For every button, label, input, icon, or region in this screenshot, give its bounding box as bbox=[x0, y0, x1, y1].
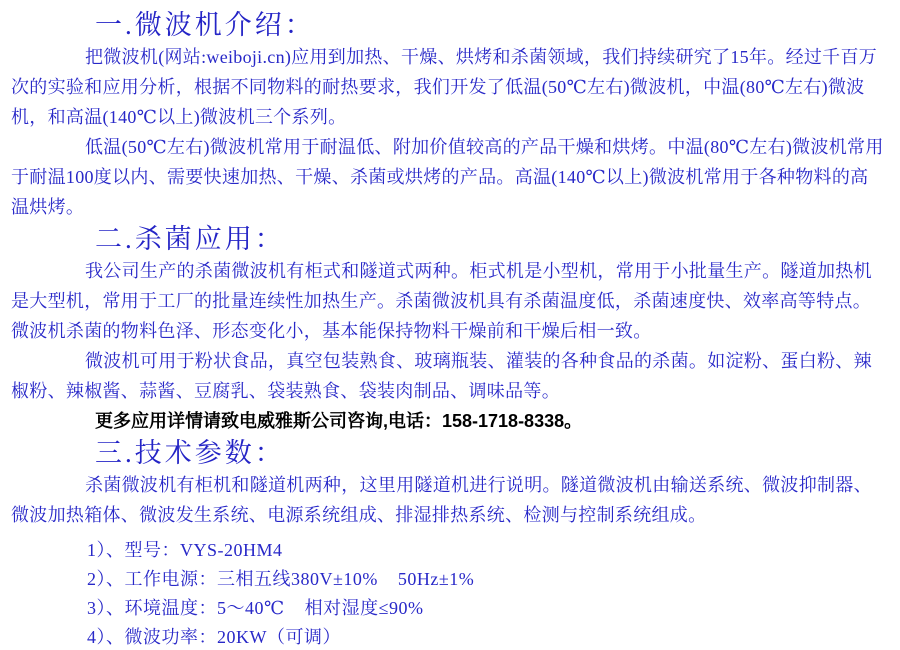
document-page: 一.微波机介绍： 把微波机(网站:weiboji.cn)应用到加热、干燥、烘烤和… bbox=[0, 0, 900, 650]
contact-note: 更多应用详情请致电威雅斯公司咨询,电话：158-1718-8338。 bbox=[11, 406, 884, 436]
section-1-heading: 一.微波机介绍： bbox=[11, 8, 884, 42]
section-3-heading: 三.技术参数： bbox=[11, 436, 884, 470]
section-2-heading: 二.杀菌应用： bbox=[11, 222, 884, 256]
section-2-paragraph-1: 我公司生产的杀菌微波机有柜式和隧道式两种。柜式机是小型机，常用于小批量生产。隧道… bbox=[11, 256, 884, 346]
spec-item-model: 1）、型号：VYS-20HM4 bbox=[11, 536, 884, 565]
spec-list: 1）、型号：VYS-20HM4 2）、工作电源：三相五线380V±10% 50H… bbox=[11, 536, 884, 650]
spec-item-power-supply: 2）、工作电源：三相五线380V±10% 50Hz±1% bbox=[11, 565, 884, 594]
spec-item-ambient-temperature: 3）、环境温度：5～40℃ 相对湿度≤90% bbox=[11, 594, 884, 623]
section-1-paragraph-1: 把微波机(网站:weiboji.cn)应用到加热、干燥、烘烤和杀菌领域，我们持续… bbox=[11, 42, 884, 132]
spec-item-microwave-power: 4）、微波功率：20KW（可调） bbox=[11, 623, 884, 650]
section-2-paragraph-2: 微波机可用于粉状食品，真空包装熟食、玻璃瓶装、灌装的各种食品的杀菌。如淀粉、蛋白… bbox=[11, 346, 884, 406]
section-1-paragraph-2: 低温(50℃左右)微波机常用于耐温低、附加价值较高的产品干燥和烘烤。中温(80℃… bbox=[11, 132, 884, 222]
section-3-paragraph-1: 杀菌微波机有柜机和隧道机两种，这里用隧道机进行说明。隧道微波机由输送系统、微波抑… bbox=[11, 470, 884, 530]
